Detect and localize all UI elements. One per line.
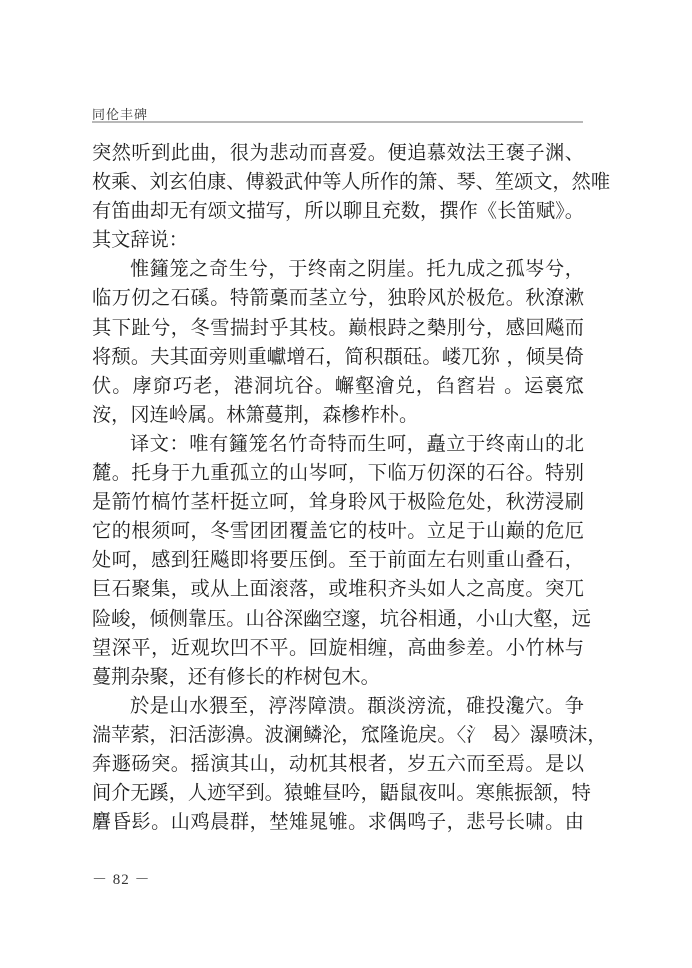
text-line: 译文：唯有籦笼名竹奇特而生呵，矗立于终南山的北 [92,429,584,458]
text-line: 其下趾兮，冬雪揣封乎其枝。巅根跱之槷刖兮，感回飚而 [92,313,584,342]
page-number: － 82 － [92,868,151,889]
paragraph-fu-original-2: 於是山水猥至，渟涔障溃。頵淡滂流，碓投瀺穴。争 湍苹萦，汩活澎濞。波澜鳞沦，窊隆… [92,691,584,836]
paragraph-fu-original-1: 惟籦笼之奇生兮，于终南之阴崖。托九成之孤岑兮， 临万仞之石磎。特箭稾而茎立兮，独… [92,254,584,429]
text-line: 枚乘、刘玄伯康、傅毅武仲等人所作的箫、琴、笙颂文，然唯 [92,167,584,196]
text-line: 麏昏髟。山鸡晨群，埜雉晁雊。求偶鸣子，悲号长啸。由 [92,807,584,836]
text-line: 临万仞之石磎。特箭稾而茎立兮，独聆风於极危。秋潦漱 [92,283,584,312]
text-line: 奔遯砀突。摇演其山，动杌其根者，岁五六而至焉。是以 [92,749,584,778]
text-line: 突然听到此曲，很为悲动而喜爱。便追慕效法王褒子渊、 [92,138,584,167]
text-line: 险峻，倾侧靠压。山谷深幽空邃，坑谷相通，小山大壑，远 [92,604,584,633]
text-line: 其文辞说： [92,225,584,254]
text-line: 将颓。夫其面旁则重巘增石，简积頵砡。嵝兀狝 ，倾昊倚 [92,342,584,371]
text-line: 惟籦笼之奇生兮，于终南之阴崖。托九成之孤岑兮， [92,254,584,283]
text-line: 是箭竹槁竹茎杆挺立呵，耸身聆风于极险危处，秋涝浸刷 [92,487,584,516]
text-line: 望深平，近观坎凹不平。回旋相缠，高曲参差。小竹林与 [92,633,584,662]
paragraph-intro: 突然听到此曲，很为悲动而喜爱。便追慕效法王褒子渊、 枚乘、刘玄伯康、傅毅武仲等人… [92,138,584,254]
paragraph-translation-1: 译文：唯有籦笼名竹奇特而生呵，矗立于终南山的北 麓。托身于九重孤立的山岑呵，下临… [92,429,584,691]
text-line: 麓。托身于九重孤立的山岑呵，下临万仞深的石谷。特别 [92,458,584,487]
text-line: 湍苹萦，汩活澎濞。波澜鳞沦，窊隆诡戾。〈氵 曷〉瀑喷沫， [92,720,584,749]
text-line: 它的根须呵，冬雪团团覆盖它的枝叶。立足于山巅的危厄 [92,516,584,545]
text-line: 巨石聚集，或从上面滚落，或堆积齐头如人之高度。突兀 [92,574,584,603]
text-line: 於是山水猥至，渟涔障溃。頵淡滂流，碓投瀺穴。争 [92,691,584,720]
text-line: 蔓荆杂聚，还有修长的柞树包木。 [92,662,584,691]
text-line: 伏。庨窌巧老，港洞坑谷。嶰壑澮兑，臽窞岩 。运裛窊 [92,371,584,400]
text-line: 处呵，感到狂飚即将要压倒。至于前面左右则重山叠石， [92,545,584,574]
body-text: 突然听到此曲，很为悲动而喜爱。便追慕效法王褒子渊、 枚乘、刘玄伯康、傅毅武仲等人… [92,138,584,836]
text-line: 间介无蹊，人迹罕到。猿蜼昼吟，鼯鼠夜叫。寒熊振颔，特 [92,778,584,807]
text-line: 洝，冈连岭属。林箫蔓荆，森槮柞朴。 [92,400,584,429]
header-divider [92,121,583,123]
text-line: 有笛曲却无有颂文描写，所以聊且充数，撰作《长笛赋》。 [92,196,584,225]
document-page: 同伦丰碑 突然听到此曲，很为悲动而喜爱。便追慕效法王褒子渊、 枚乘、刘玄伯康、傅… [0,0,692,968]
